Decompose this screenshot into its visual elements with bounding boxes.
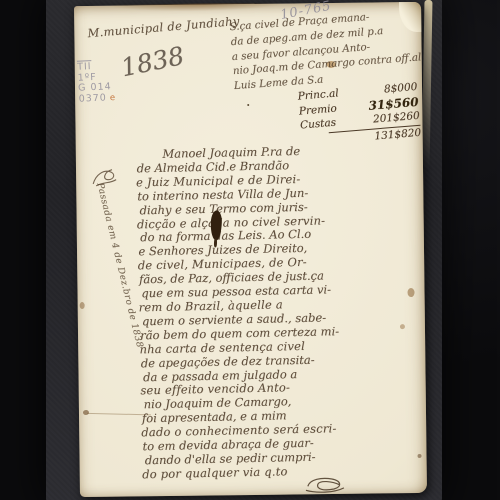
signature-flourish — [304, 476, 346, 495]
account-label: Custas — [299, 116, 336, 133]
accounts-block: Princ.al 8$000 Premio 31$560 Custas 201$… — [297, 80, 421, 149]
archive-stamp-mark: e — [110, 92, 117, 102]
manuscript-page: M.municipal de Jundiahy 1838 TII 1ºF G 0… — [74, 2, 427, 497]
archive-code: 0370e — [78, 92, 116, 104]
ink-speck — [247, 104, 249, 106]
pencil-archive-codes: TII 1ºF G 014 0370e — [77, 61, 116, 105]
header-court-title: M.municipal de Jundiahy — [87, 14, 240, 40]
stain — [80, 302, 85, 309]
stain — [418, 454, 422, 458]
year-label: 1838 — [118, 41, 186, 82]
stain — [110, 3, 282, 15]
body-text: Manoel Joaquim P.ra de de Almeida Cid.e … — [136, 144, 367, 482]
stain — [400, 324, 405, 329]
stain — [407, 288, 414, 297]
photo-background: M.municipal de Jundiahy 1838 TII 1ºF G 0… — [0, 0, 500, 500]
